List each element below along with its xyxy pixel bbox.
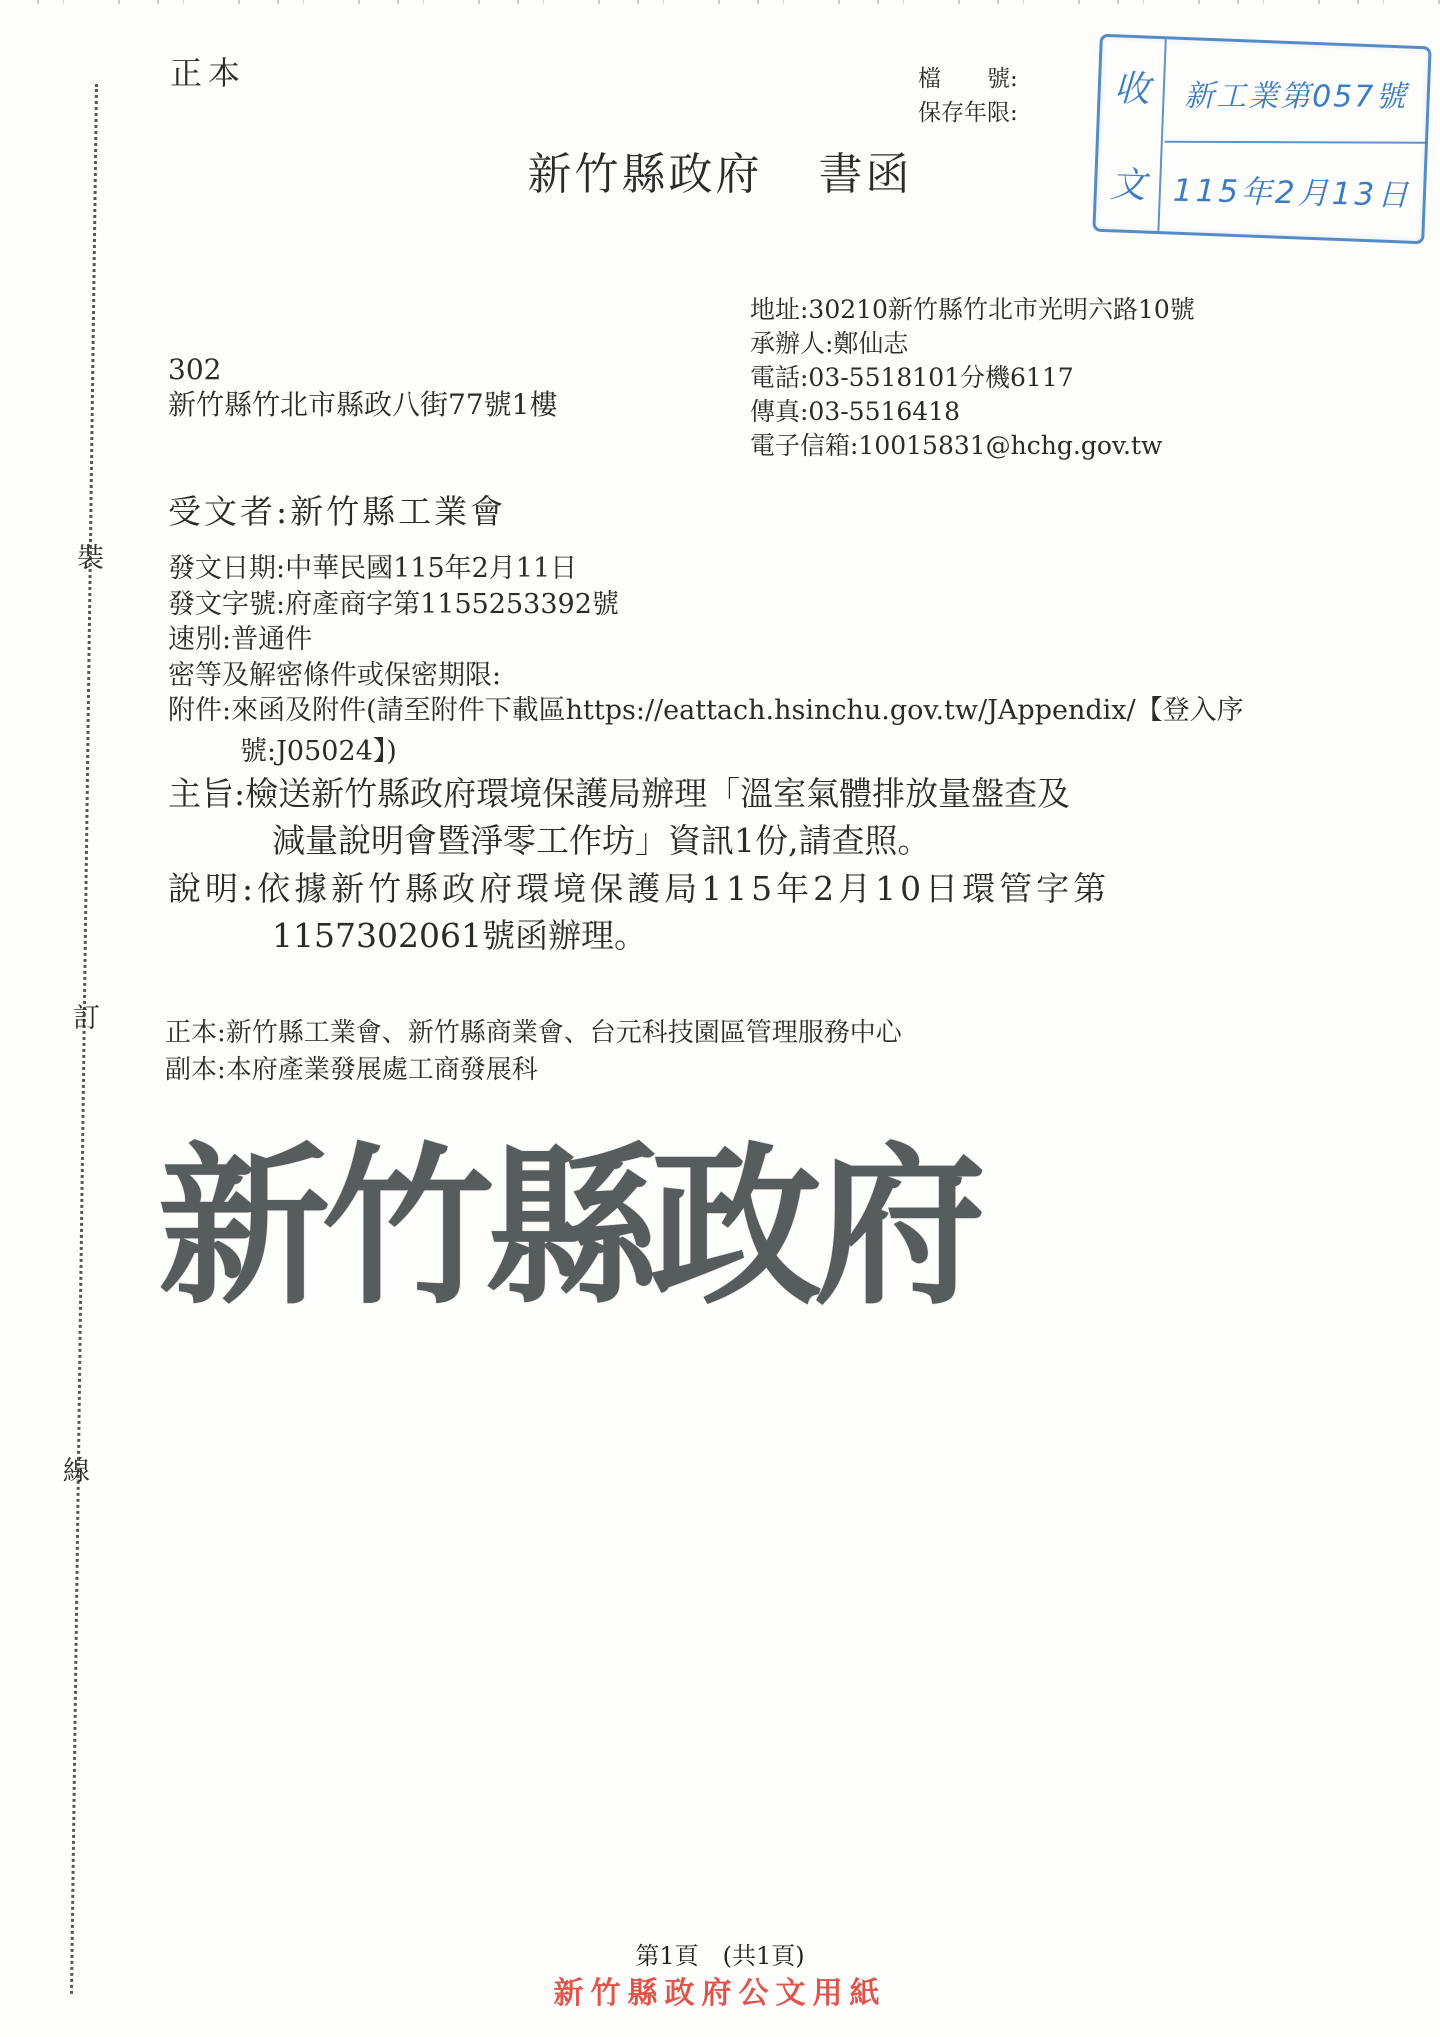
attachment-line: 附件:來函及附件(請至附件下載區https://eattach.hsinchu.… [168, 693, 1244, 729]
agency-address: 地址:30210新竹縣竹北市光明六路10號 [750, 293, 1195, 327]
official-paper-name: 新竹縣政府公文用紙 [0, 1968, 1440, 2012]
issue-number-line: 發文字號:府產商字第1155253392號 [168, 587, 1244, 623]
binding-label-xian: 線 [63, 1458, 90, 1485]
issuing-agency: 新竹縣政府 [528, 149, 763, 200]
recipient-postal-block: 302 新竹縣竹北市縣政八街77號1樓 [168, 352, 557, 422]
issue-date-line: 發文日期:中華民國115年2月11日 [168, 551, 1244, 587]
binding-label-zhuang: 裝 [77, 545, 104, 572]
agency-email: 電子信箱:10015831@hchg.gov.tw [750, 429, 1195, 463]
security-class-line: 密等及解密條件或保密期限: [168, 658, 1244, 694]
original-copy-line: 正本:新竹縣工業會、新竹縣商業會、台元科技園區管理服務中心 [165, 1015, 902, 1052]
file-number-label: 檔 號: [918, 62, 1018, 96]
recipient-zip: 302 [168, 352, 557, 387]
agency-seal-text: 新竹縣政府 [158, 1128, 1008, 1326]
receive-stamp-label-column: 收 文 [1095, 37, 1166, 231]
agency-contact-block: 地址:30210新竹縣竹北市光明六路10號 承辦人:鄭仙志 電話:03-5518… [750, 293, 1195, 463]
document-type: 書函 [819, 149, 913, 200]
receive-stamp: 收 文 新工業第057號 115年2月13日 [1092, 34, 1431, 245]
binding-dotted-line [70, 84, 98, 1994]
binding-label-ding: 訂 [73, 1005, 100, 1032]
explanation-line-2: 1157302061號函辦理。 [272, 910, 647, 957]
file-number-block: 檔 號: 保存年限: [918, 62, 1018, 130]
stamp-char-shou: 收 [1113, 60, 1151, 112]
recipient-line: 受文者:新竹縣工業會 [168, 486, 506, 533]
recipient-street-address: 新竹縣竹北市縣政八街77號1樓 [168, 387, 557, 422]
agency-fax: 傳真:03-5516418 [750, 395, 1195, 429]
attachment-line-continuation: 號:J05024】) [240, 729, 397, 768]
stamp-doc-number: 新工業第057號 [1165, 44, 1427, 144]
page-number: 第1頁 (共1頁) [0, 1936, 1440, 1971]
agency-phone: 電話:03-5518101分機6117 [750, 361, 1195, 395]
explanation-line-1: 說明:依據新竹縣政府環境保護局115年2月10日環管字第 [168, 863, 1110, 910]
cc-copy-line: 副本:本府產業發展處工商發展科 [165, 1052, 902, 1089]
agency-contact-person: 承辦人:鄭仙志 [750, 327, 1195, 361]
subject-line-1: 主旨:檢送新竹縣政府環境保護局辦理「溫室氣體排放量盤查及 [168, 768, 1070, 815]
scan-edge-noise [0, 0, 1440, 4]
distribution-block: 正本:新竹縣工業會、新竹縣商業會、台元科技園區管理服務中心 副本:本府產業發展處… [165, 1015, 902, 1089]
stamp-char-wen: 文 [1109, 156, 1147, 208]
copy-type-label: 正本 [170, 48, 246, 94]
subject-line-2: 減量說明會暨淨零工作坊」資訊1份,請查照。 [272, 815, 931, 862]
document-meta-block: 發文日期:中華民國115年2月11日 發文字號:府產商字第1155253392號… [168, 551, 1244, 729]
retention-label: 保存年限: [918, 96, 1018, 130]
stamp-receive-date: 115年2月13日 [1160, 141, 1424, 239]
speed-class-line: 速別:普通件 [168, 622, 1244, 658]
